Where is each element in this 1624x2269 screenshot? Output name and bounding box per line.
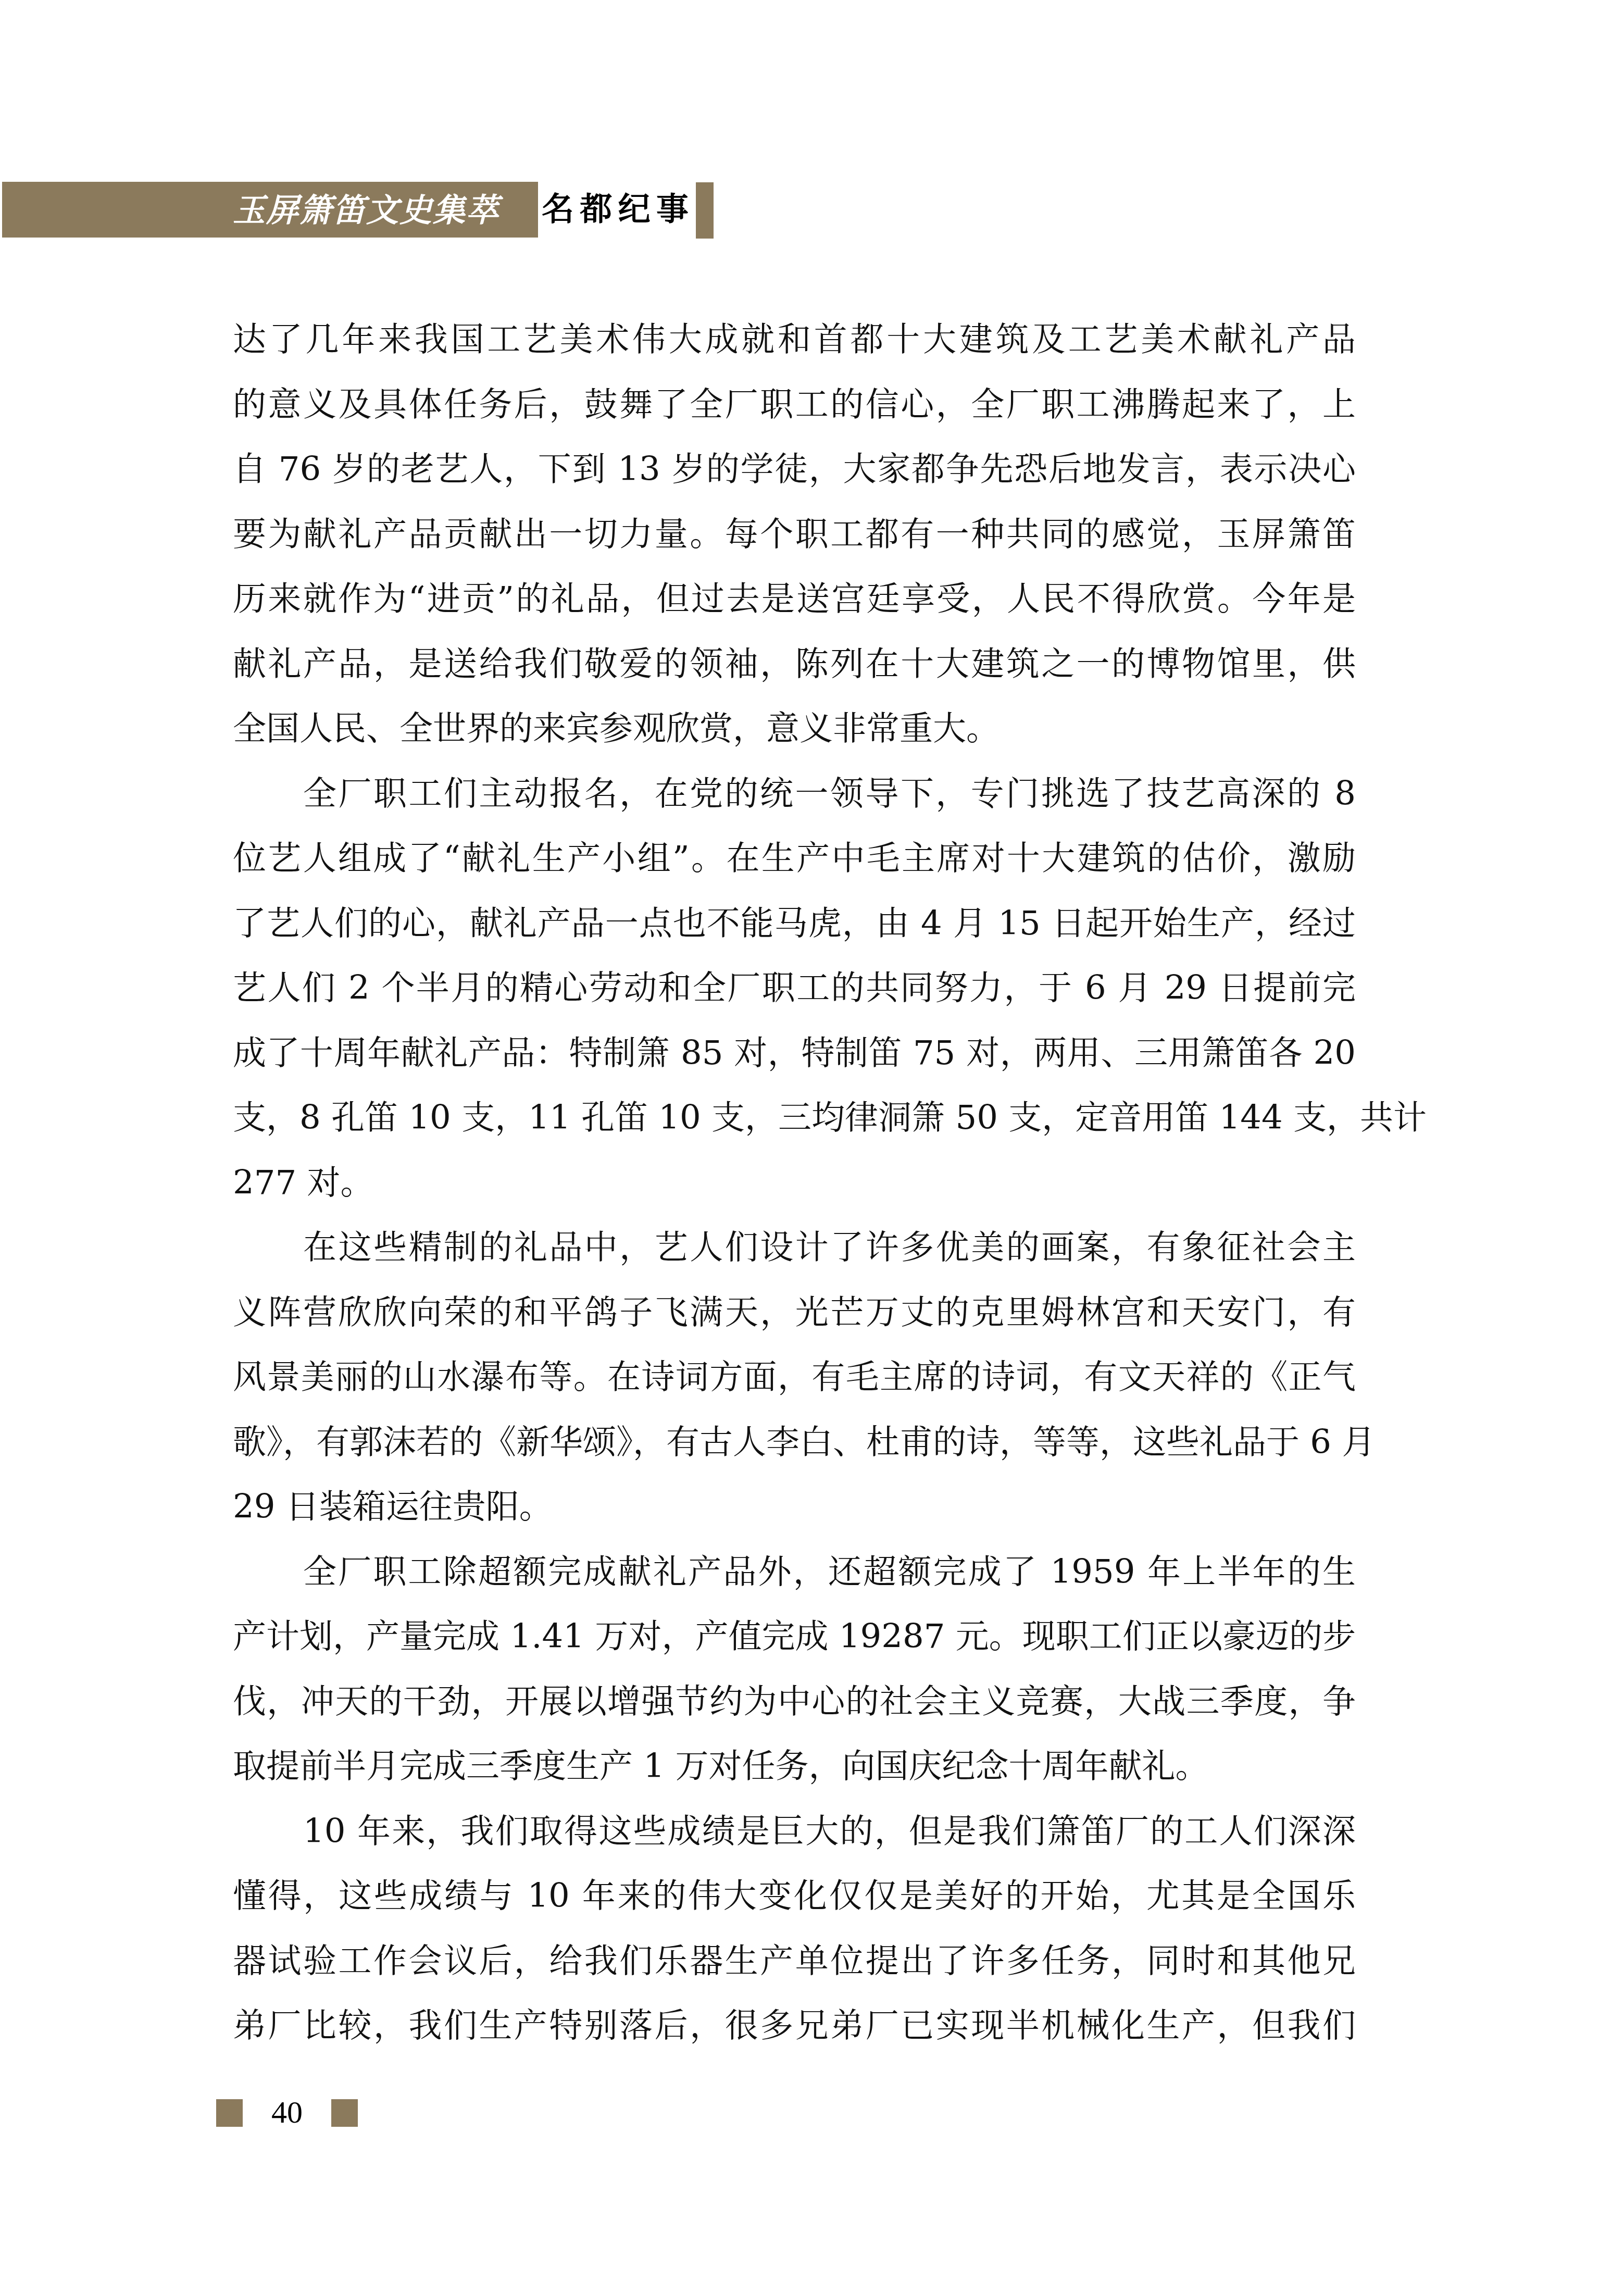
text-line: 伐，冲天的干劲，开展以增强节约为中心的社会主义竞赛，大战三季度，争 — [233, 1669, 1356, 1735]
paragraph-first-line: 10 年来，我们取得这些成绩是巨大的，但是我们箫笛厂的工人们深深 — [233, 1799, 1356, 1864]
text-line: 了艺人们的心，献礼产品一点也不能马虎，由 4 月 15 日起开始生产，经过 — [233, 891, 1356, 956]
text-line: 29 日装箱运往贵阳。 — [233, 1475, 1356, 1540]
text-line: 位艺人组成了“献礼生产小组”。在生产中毛主席对十大建筑的估价，激励 — [233, 826, 1356, 891]
text-line: 艺人们 2 个半月的精心劳动和全厂职工的共同努力，于 6 月 29 日提前完 — [233, 956, 1356, 1021]
text-line: 的意义及具体任务后，鼓舞了全厂职工的信心，全厂职工沸腾起来了，上 — [233, 372, 1356, 438]
footer-square-right — [331, 2099, 358, 2127]
page-number: 40 — [267, 2095, 307, 2129]
text-line: 器试验工作会议后，给我们乐器生产单位提出了许多任务，同时和其他兄 — [233, 1929, 1356, 1994]
series-title: 玉屏箫笛文史集萃 — [233, 189, 494, 232]
text-line: 要为献礼产品贡献出一切力量。每个职工都有一种共同的感觉，玉屏箫笛 — [233, 502, 1356, 567]
text-line: 自 76 岁的老艺人，下到 13 岁的学徒，大家都争先恐后地发言，表示决心 — [233, 437, 1356, 502]
text-line: 产计划，产量完成 1.41 万对，产值完成 19287 元。现职工们正以豪迈的步 — [233, 1604, 1356, 1669]
text-line: 弟厂比较，我们生产特别落后，很多兄弟厂已实现半机械化生产，但我们 — [233, 1993, 1356, 2059]
footer-square-left — [216, 2099, 243, 2127]
text-line: 全国人民、全世界的来宾参观欣赏，意义非常重大。 — [233, 696, 1356, 762]
section-tab-marker — [696, 182, 714, 239]
text-line: 取提前半月完成三季度生产 1 万对任务，向国庆纪念十周年献礼。 — [233, 1734, 1356, 1799]
body-text: 达了几年来我国工艺美术伟大成就和首都十大建筑及工艺美术献礼产品 的意义及具体任务… — [233, 307, 1356, 2059]
text-line: 历来就作为“进贡”的礼品，但过去是送宫廷享受，人民不得欣赏。今年是 — [233, 567, 1356, 632]
paragraph-first-line: 全厂职工们主动报名，在党的统一领导下，专门挑选了技艺高深的 8 — [233, 762, 1356, 827]
text-line: 支，8 孔笛 10 支，11 孔笛 10 支，三均律洞箫 50 支，定音用笛 1… — [233, 1086, 1356, 1151]
text-line: 懂得，这些成绩与 10 年来的伟大变化仅仅是美好的开始，尤其是全国乐 — [233, 1864, 1356, 1929]
paragraph-first-line: 全厂职工除超额完成献礼产品外，还超额完成了 1959 年上半年的生 — [233, 1540, 1356, 1605]
paragraph-first-line: 在这些精制的礼品中，艺人们设计了许多优美的画案，有象征社会主 — [233, 1215, 1356, 1280]
text-line: 献礼产品，是送给我们敬爱的领袖，陈列在十大建筑之一的博物馆里，供 — [233, 632, 1356, 697]
text-line: 成了十周年献礼产品：特制箫 85 对，特制笛 75 对，两用、三用箫笛各 20 — [233, 1021, 1356, 1086]
text-line: 风景美丽的山水瀑布等。在诗词方面，有毛主席的诗词，有文天祥的《正气 — [233, 1345, 1356, 1410]
text-line: 歌》，有郭沫若的《新华颂》，有古人李白、杜甫的诗，等等，这些礼品于 6 月 — [233, 1410, 1356, 1475]
text-line: 277 对。 — [233, 1151, 1356, 1216]
section-title: 名都纪事 — [542, 183, 689, 235]
text-line: 义阵营欣欣向荣的和平鸽子飞满天，光芒万丈的克里姆林宫和天安门，有 — [233, 1280, 1356, 1345]
text-line: 达了几年来我国工艺美术伟大成就和首都十大建筑及工艺美术献礼产品 — [233, 307, 1356, 372]
